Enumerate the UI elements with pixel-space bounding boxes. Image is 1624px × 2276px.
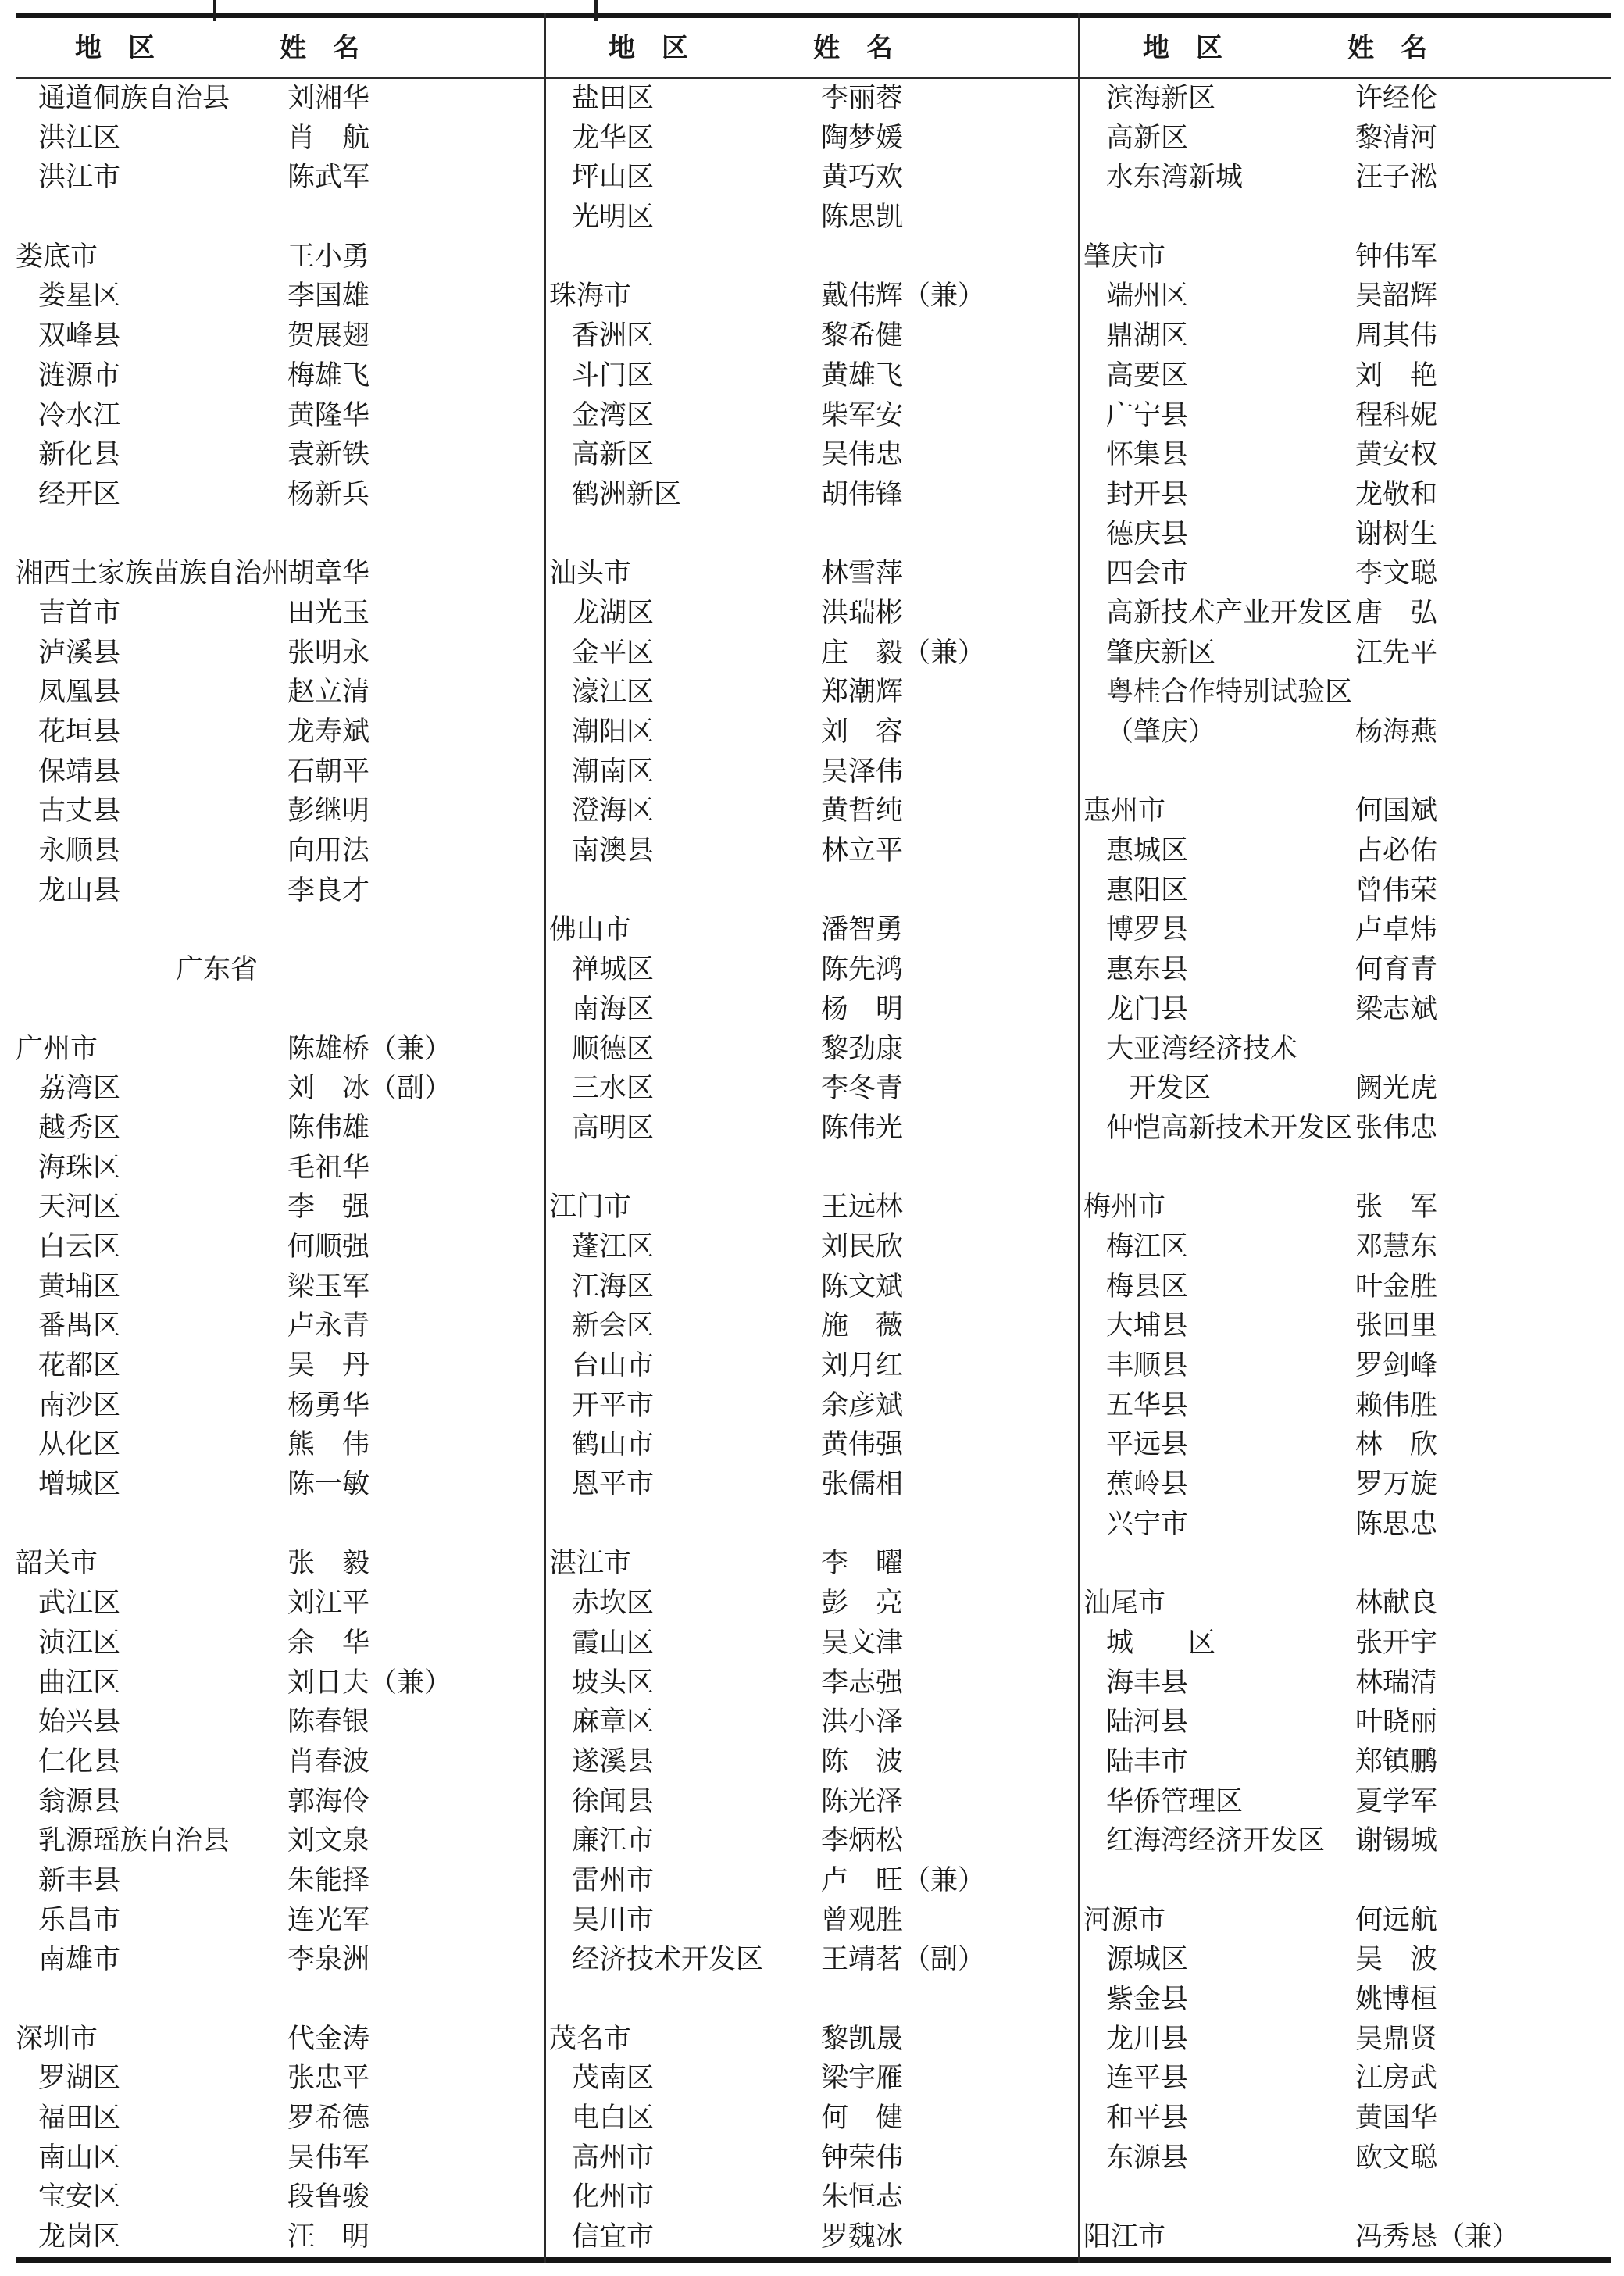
table-row: 梅江区邓慧东 [1083, 1227, 1611, 1267]
name-cell: 杨勇华 [287, 1386, 369, 1426]
name-cell: 黎希健 [821, 316, 903, 356]
table-row: 开平市余彦斌 [549, 1386, 1078, 1426]
region-cell: 源城区 [1083, 1940, 1188, 1980]
region-cell: 恩平市 [549, 1465, 654, 1505]
region-cell: 惠东县 [1083, 950, 1188, 990]
region-cell: 蕉岭县 [1083, 1465, 1188, 1505]
table-row: 水东湾新城汪子淞 [1083, 158, 1611, 198]
name-cell: 赖伟胜 [1355, 1386, 1437, 1426]
table-row: 韶关市张 毅 [16, 1544, 544, 1584]
table-row: 番禺区卢永青 [16, 1306, 544, 1346]
table-row: 盐田区李丽蓉 [549, 79, 1078, 119]
table-row: 紫金县姚博桓 [1083, 1980, 1611, 2020]
region-cell: 水东湾新城 [1083, 158, 1243, 198]
name-cell: 张忠平 [287, 2059, 369, 2099]
name-cell: 吴韶辉 [1355, 277, 1437, 316]
table-row: 黄埔区梁玉军 [16, 1267, 544, 1307]
table-row: 南沙区杨勇华 [16, 1386, 544, 1426]
name-cell: 袁新铁 [287, 435, 369, 475]
table-row: 端州区吴韶辉 [1083, 277, 1611, 316]
region-cell: 始兴县 [16, 1703, 120, 1742]
region-cell: 汕尾市 [1083, 1584, 1165, 1624]
name-cell: 王靖茗（副） [821, 1940, 985, 1980]
name-cell: 刘 容 [821, 713, 903, 752]
table-row: 汕头市林雪萍 [549, 554, 1078, 594]
table-row: 冷水江黄隆华 [16, 396, 544, 436]
blank-row [1083, 752, 1611, 792]
region-cell: 广州市 [16, 1030, 98, 1070]
scanned-directory-page: { "header": { "region_label": "地 区", "na… [0, 0, 1624, 2276]
province-section-label: 广东省 [176, 950, 258, 990]
name-cell: 梅雄飞 [287, 356, 369, 396]
table-row: 珠海市戴伟辉（兼） [549, 277, 1078, 316]
table-row: 德庆县谢树生 [1083, 515, 1611, 555]
name-cell: 何顺强 [287, 1227, 369, 1267]
name-cell: 汪子淞 [1355, 158, 1437, 198]
name-cell: 叶晓丽 [1355, 1703, 1437, 1742]
table-row: 顺德区黎劲康 [549, 1030, 1078, 1070]
blank-row [16, 910, 544, 950]
column-divider-left [544, 13, 546, 2263]
directory-column-2: 地 区 姓 名 盐田区李丽蓉龙华区陶梦媛坪山区黄巧欢光明区陈思凯珠海市戴伟辉（兼… [549, 0, 1078, 2276]
name-cell: 李文聪 [1355, 554, 1437, 594]
name-cell: 黄安权 [1355, 435, 1437, 475]
table-row: 乐昌市连光军 [16, 1901, 544, 1941]
table-row: 增城区陈一敏 [16, 1465, 544, 1505]
name-cell: 罗希德 [287, 2099, 369, 2138]
name-cell: 林瑞清 [1355, 1663, 1437, 1703]
name-cell: 黎清河 [1355, 119, 1437, 159]
table-row: 江门市王远林 [549, 1188, 1078, 1227]
name-cell: 占必佑 [1355, 831, 1437, 871]
table-row: 高新技术产业开发区唐 弘 [1083, 594, 1611, 634]
table-row: 乳源瑶族自治县刘文泉 [16, 1821, 544, 1861]
region-cell: 翁源县 [16, 1782, 120, 1822]
name-cell: 张 军 [1355, 1188, 1437, 1227]
table-row: 高新区黎清河 [1083, 119, 1611, 159]
name-cell: 朱恒志 [821, 2178, 903, 2217]
region-cell: 高州市 [549, 2138, 654, 2178]
region-cell: 江门市 [549, 1188, 631, 1227]
table-row: 鹤洲新区胡伟锋 [549, 475, 1078, 515]
name-cell: 李 强 [287, 1188, 369, 1227]
name-cell: 杨海燕 [1355, 713, 1437, 752]
table-row: 连平县江房武 [1083, 2059, 1611, 2099]
table-row: 大亚湾经济技术 [1083, 1030, 1611, 1070]
region-cell: 信宜市 [549, 2217, 654, 2257]
table-row: 南山区吴伟军 [16, 2138, 544, 2178]
table-row: 源城区吴 波 [1083, 1940, 1611, 1980]
name-cell: 肖春波 [287, 1742, 369, 1782]
name-cell: 陈先鸿 [821, 950, 903, 990]
table-row: 平远县林 欣 [1083, 1425, 1611, 1465]
table-row: 阳江市冯秀恳（兼） [1083, 2217, 1611, 2257]
table-row: 金湾区柴军安 [549, 396, 1078, 436]
table-row: 福田区罗希德 [16, 2099, 544, 2138]
table-row: 信宜市罗魏冰 [549, 2217, 1078, 2257]
name-cell: 田光玉 [287, 594, 369, 634]
region-cell: 端州区 [1083, 277, 1188, 316]
region-cell: 鼎湖区 [1083, 316, 1188, 356]
region-cell: 永顺县 [16, 831, 120, 871]
region-cell: 福田区 [16, 2099, 120, 2138]
table-row: 吴川市曾观胜 [549, 1901, 1078, 1941]
name-cell: 刘江平 [287, 1584, 369, 1624]
region-cell: 雷州市 [549, 1861, 654, 1901]
table-row: 徐闻县陈光泽 [549, 1782, 1078, 1822]
region-cell: 经济技术开发区 [549, 1940, 763, 1980]
name-cell: 段鲁骏 [287, 2178, 369, 2217]
region-cell: 大埔县 [1083, 1306, 1188, 1346]
region-cell: 娄底市 [16, 238, 98, 277]
table-row: 汕尾市林献良 [1083, 1584, 1611, 1624]
name-cell: 林献良 [1355, 1584, 1437, 1624]
column-body: 滨海新区许经伦高新区黎清河水东湾新城汪子淞肇庆市钟伟军端州区吴韶辉鼎湖区周其伟高… [1083, 79, 1611, 2257]
region-cell: 娄星区 [16, 277, 120, 316]
name-cell: 陶梦媛 [821, 119, 903, 159]
table-row: 永顺县向用法 [16, 831, 544, 871]
name-cell: 林 欣 [1355, 1425, 1437, 1465]
blank-row [1083, 2178, 1611, 2217]
name-cell: 谢锡城 [1355, 1821, 1437, 1861]
table-row: 恩平市张儒相 [549, 1465, 1078, 1505]
blank-row [549, 1980, 1078, 2020]
table-row: 禅城区陈先鸿 [549, 950, 1078, 990]
name-cell: 黎劲康 [821, 1030, 903, 1070]
blank-row [16, 198, 544, 238]
table-row: 东源县欧文聪 [1083, 2138, 1611, 2178]
name-cell: 朱能择 [287, 1861, 369, 1901]
name-cell: 陈春银 [287, 1703, 369, 1742]
name-cell: 洪小泽 [821, 1703, 903, 1742]
name-cell: 贺展翅 [287, 316, 369, 356]
region-cell: 鹤山市 [549, 1425, 654, 1465]
region-cell: 双峰县 [16, 316, 120, 356]
name-cell: 罗万旋 [1355, 1465, 1437, 1505]
region-cell: 粤桂合作特别试验区 [1083, 673, 1352, 713]
region-cell: 洪江区 [16, 119, 120, 159]
table-row: 新丰县朱能择 [16, 1861, 544, 1901]
region-cell: 丰顺县 [1083, 1346, 1188, 1386]
name-cell: 陈光泽 [821, 1782, 903, 1822]
name-cell: 陈一敏 [287, 1465, 369, 1505]
blank-row [16, 990, 544, 1030]
region-cell: 开平市 [549, 1386, 654, 1426]
table-row: 龙湖区洪瑞彬 [549, 594, 1078, 634]
region-cell: 赤坎区 [549, 1584, 654, 1624]
table-row: 龙门县梁志斌 [1083, 990, 1611, 1030]
table-row: 陆河县叶晓丽 [1083, 1703, 1611, 1742]
name-cell: 李丽蓉 [821, 79, 903, 119]
region-cell: 华侨管理区 [1083, 1782, 1243, 1822]
name-cell: 梁志斌 [1355, 990, 1437, 1030]
table-row: 高明区陈伟光 [549, 1109, 1078, 1149]
region-cell: 凤凰县 [16, 673, 120, 713]
table-row: 电白区何 健 [549, 2099, 1078, 2138]
name-cell: 钟伟军 [1355, 238, 1437, 277]
name-cell: 吴鼎贤 [1355, 2020, 1437, 2060]
table-row: 陆丰市郑镇鹏 [1083, 1742, 1611, 1782]
table-row: 红海湾经济开发区谢锡城 [1083, 1821, 1611, 1861]
region-cell: 肇庆新区 [1083, 634, 1215, 674]
name-cell: 钟荣伟 [821, 2138, 903, 2178]
name-cell: 张 毅 [287, 1544, 369, 1584]
table-row: 翁源县郭海伶 [16, 1782, 544, 1822]
table-row: 古丈县彭继明 [16, 791, 544, 831]
name-cell: 石朝平 [287, 752, 369, 792]
name-cell: 李泉洲 [287, 1940, 369, 1980]
region-cell: 越秀区 [16, 1109, 120, 1149]
table-row: 肇庆市钟伟军 [1083, 238, 1611, 277]
table-row: 广宁县程科妮 [1083, 396, 1611, 436]
region-cell: 河源市 [1083, 1901, 1165, 1941]
table-row: 霞山区吴文津 [549, 1624, 1078, 1663]
region-cell: 陆丰市 [1083, 1742, 1188, 1782]
table-row: 仁化县肖春波 [16, 1742, 544, 1782]
table-row: 麻章区洪小泽 [549, 1703, 1078, 1742]
region-cell: 龙门县 [1083, 990, 1188, 1030]
name-cell: 彭 亮 [821, 1584, 903, 1624]
region-cell: 湘西土家族苗族自治州 [16, 554, 289, 594]
region-cell: 罗湖区 [16, 2059, 120, 2099]
name-column-header: 姓 名 [813, 27, 893, 65]
name-cell: 胡伟锋 [821, 475, 903, 515]
region-cell: 广宁县 [1083, 396, 1188, 436]
region-cell: 金平区 [549, 634, 654, 674]
name-cell: 向用法 [287, 831, 369, 871]
name-cell: 江先平 [1355, 634, 1437, 674]
table-row: 龙山县李良才 [16, 871, 544, 911]
region-cell: 荔湾区 [16, 1069, 120, 1109]
table-row: 开发区阙光虎 [1083, 1069, 1611, 1109]
region-cell: 汕头市 [549, 554, 631, 594]
region-cell: 冷水江 [16, 396, 120, 436]
region-cell: 德庆县 [1083, 515, 1188, 555]
table-row: 高新区吴伟忠 [549, 435, 1078, 475]
table-row: 越秀区陈伟雄 [16, 1109, 544, 1149]
region-cell: 台山市 [549, 1346, 654, 1386]
region-cell: 高新技术产业开发区 [1083, 594, 1352, 634]
region-cell: 电白区 [549, 2099, 654, 2138]
table-row: 洪江区肖 航 [16, 119, 544, 159]
region-cell: 花都区 [16, 1346, 120, 1386]
region-cell: 保靖县 [16, 752, 120, 792]
table-row: 海丰县林瑞清 [1083, 1663, 1611, 1703]
region-cell: 龙岗区 [16, 2217, 120, 2257]
table-row: 湛江市李 曜 [549, 1544, 1078, 1584]
region-cell: 兴宁市 [1083, 1505, 1188, 1545]
table-row: 南海区杨 明 [549, 990, 1078, 1030]
table-row: 遂溪县陈 波 [549, 1742, 1078, 1782]
table-row: 惠东县何育青 [1083, 950, 1611, 990]
table-row: 从化区熊 伟 [16, 1425, 544, 1465]
name-cell: 江房武 [1355, 2059, 1437, 2099]
region-cell: 五华县 [1083, 1386, 1188, 1426]
table-row: 肇庆新区江先平 [1083, 634, 1611, 674]
table-row: 惠阳区曾伟荣 [1083, 871, 1611, 911]
table-row: 茂南区梁宇雁 [549, 2059, 1078, 2099]
table-row: 大埔县张回里 [1083, 1306, 1611, 1346]
name-cell: 卢永青 [287, 1306, 369, 1346]
table-row: 龙华区陶梦媛 [549, 119, 1078, 159]
name-cell: 黄雄飞 [821, 356, 903, 396]
table-row: 怀集县黄安权 [1083, 435, 1611, 475]
name-cell: 吴伟军 [287, 2138, 369, 2178]
region-cell: 南海区 [549, 990, 654, 1030]
table-row: 封开县龙敬和 [1083, 475, 1611, 515]
region-cell: （肇庆） [1083, 713, 1215, 752]
table-row: 天河区李 强 [16, 1188, 544, 1227]
region-cell: 南澳县 [549, 831, 654, 871]
table-row: 通道侗族自治县刘湘华 [16, 79, 544, 119]
region-cell: 湛江市 [549, 1544, 631, 1584]
name-cell: 谢树生 [1355, 515, 1437, 555]
name-cell: 陈雄桥（兼） [287, 1030, 452, 1070]
name-cell: 胡章华 [287, 554, 369, 594]
region-cell: 肇庆市 [1083, 238, 1165, 277]
name-cell: 肖 航 [287, 119, 369, 159]
table-row: 武江区刘江平 [16, 1584, 544, 1624]
column-header: 地 区 姓 名 [16, 13, 544, 78]
table-row: 潮阳区刘 容 [549, 713, 1078, 752]
name-cell: 刘民欣 [821, 1227, 903, 1267]
name-cell: 张伟忠 [1355, 1109, 1437, 1149]
region-cell: 惠城区 [1083, 831, 1188, 871]
table-row: 高州市钟荣伟 [549, 2138, 1078, 2178]
name-cell: 许经伦 [1355, 79, 1437, 119]
name-cell: 张明永 [287, 634, 369, 674]
region-cell: 麻章区 [549, 1703, 654, 1742]
name-cell: 郑潮辉 [821, 673, 903, 713]
region-cell: 坡头区 [549, 1663, 654, 1703]
name-cell: 汪 明 [287, 2217, 369, 2257]
region-cell: 高明区 [549, 1109, 654, 1149]
region-cell: 茂南区 [549, 2059, 654, 2099]
table-row: 龙川县吴鼎贤 [1083, 2020, 1611, 2060]
blank-row [549, 515, 1078, 555]
region-cell: 南雄市 [16, 1940, 120, 1980]
region-cell: 梅州市 [1083, 1188, 1165, 1227]
table-row: 梅州市张 军 [1083, 1188, 1611, 1227]
region-cell: 涟源市 [16, 356, 120, 396]
region-cell: 光明区 [549, 198, 654, 238]
region-cell: 博罗县 [1083, 910, 1188, 950]
region-cell: 三水区 [549, 1069, 654, 1109]
region-cell: 封开县 [1083, 475, 1188, 515]
name-cell: 龙寿斌 [287, 713, 369, 752]
region-cell: 新会区 [549, 1306, 654, 1346]
region-cell: 化州市 [549, 2178, 654, 2217]
table-row: 廉江市李炳松 [549, 1821, 1078, 1861]
name-cell: 黎凯晟 [821, 2020, 903, 2060]
column-divider-right [1078, 13, 1080, 2263]
column-header: 地 区 姓 名 [549, 13, 1078, 78]
region-cell: 洪江市 [16, 158, 120, 198]
table-row: 粤桂合作特别试验区 [1083, 673, 1611, 713]
name-cell: 刘文泉 [287, 1821, 369, 1861]
table-row: 河源市何远航 [1083, 1901, 1611, 1941]
name-cell: 邓慧东 [1355, 1227, 1437, 1267]
table-row: 保靖县石朝平 [16, 752, 544, 792]
name-cell: 阙光虎 [1355, 1069, 1437, 1109]
name-cell: 姚博桓 [1355, 1980, 1437, 2020]
name-cell: 黄国华 [1355, 2099, 1437, 2138]
region-cell: 增城区 [16, 1465, 120, 1505]
name-cell: 曾观胜 [821, 1901, 903, 1941]
table-row: 蕉岭县罗万旋 [1083, 1465, 1611, 1505]
region-cell: 和平县 [1083, 2099, 1188, 2138]
directory-column-3: 地 区 姓 名 滨海新区许经伦高新区黎清河水东湾新城汪子淞肇庆市钟伟军端州区吴韶… [1083, 0, 1611, 2276]
region-cell: 龙山县 [16, 871, 120, 911]
name-cell: 杨新兵 [287, 475, 369, 515]
table-row: 斗门区黄雄飞 [549, 356, 1078, 396]
region-cell: 曲江区 [16, 1663, 120, 1703]
region-cell: 鹤洲新区 [549, 475, 681, 515]
region-cell: 经开区 [16, 475, 120, 515]
region-cell: 高新区 [549, 435, 654, 475]
region-cell: 潮阳区 [549, 713, 654, 752]
region-column-header: 地 区 [75, 27, 155, 65]
region-cell: 梅江区 [1083, 1227, 1188, 1267]
table-row: 罗湖区张忠平 [16, 2059, 544, 2099]
name-cell: 戴伟辉（兼） [821, 277, 985, 316]
region-cell: 惠阳区 [1083, 871, 1188, 911]
table-row: 三水区李冬青 [549, 1069, 1078, 1109]
region-cell: 新化县 [16, 435, 120, 475]
table-row: 雷州市卢 旺（兼） [549, 1861, 1078, 1901]
blank-row [549, 238, 1078, 277]
region-cell: 南沙区 [16, 1386, 120, 1426]
region-cell: 珠海市 [549, 277, 631, 316]
name-cell: 刘日夫（兼） [287, 1663, 452, 1703]
region-cell: 浈江区 [16, 1624, 120, 1663]
name-cell: 施 薇 [821, 1306, 903, 1346]
name-cell: 彭继明 [287, 791, 369, 831]
region-cell: 红海湾经济开发区 [1083, 1821, 1325, 1861]
table-row: 深圳市代金涛 [16, 2020, 544, 2060]
region-cell: 龙川县 [1083, 2020, 1188, 2060]
name-cell: 张儒相 [821, 1465, 903, 1505]
region-cell: 海丰县 [1083, 1663, 1188, 1703]
blank-row [1083, 1861, 1611, 1901]
name-cell: 梁玉军 [287, 1267, 369, 1307]
table-row: 吉首市田光玉 [16, 594, 544, 634]
region-cell: 武江区 [16, 1584, 120, 1624]
table-row: 湘西土家族苗族自治州胡章华 [16, 554, 544, 594]
table-row: 娄星区李国雄 [16, 277, 544, 316]
blank-row [1083, 198, 1611, 238]
table-row: 宝安区段鲁骏 [16, 2178, 544, 2217]
name-cell: 余彦斌 [821, 1386, 903, 1426]
name-cell: 陈思凯 [821, 198, 903, 238]
table-row: 华侨管理区夏学军 [1083, 1782, 1611, 1822]
region-cell: 廉江市 [549, 1821, 654, 1861]
region-cell: 阳江市 [1083, 2217, 1165, 2257]
province-section-row: 广东省 [16, 950, 544, 990]
name-cell: 陈文斌 [821, 1267, 903, 1307]
region-cell: 龙华区 [549, 119, 654, 159]
table-row: 惠城区占必佑 [1083, 831, 1611, 871]
table-row: 娄底市王小勇 [16, 238, 544, 277]
region-cell: 海珠区 [16, 1149, 120, 1188]
name-cell: 陈 波 [821, 1742, 903, 1782]
region-cell: 紫金县 [1083, 1980, 1188, 2020]
table-row: 坪山区黄巧欢 [549, 158, 1078, 198]
table-row: 南澳县林立平 [549, 831, 1078, 871]
name-cell: 刘月红 [821, 1346, 903, 1386]
name-cell: 何远航 [1355, 1901, 1437, 1941]
column-body: 通道侗族自治县刘湘华洪江区肖 航洪江市陈武军娄底市王小勇娄星区李国雄双峰县贺展翅… [16, 79, 544, 2257]
